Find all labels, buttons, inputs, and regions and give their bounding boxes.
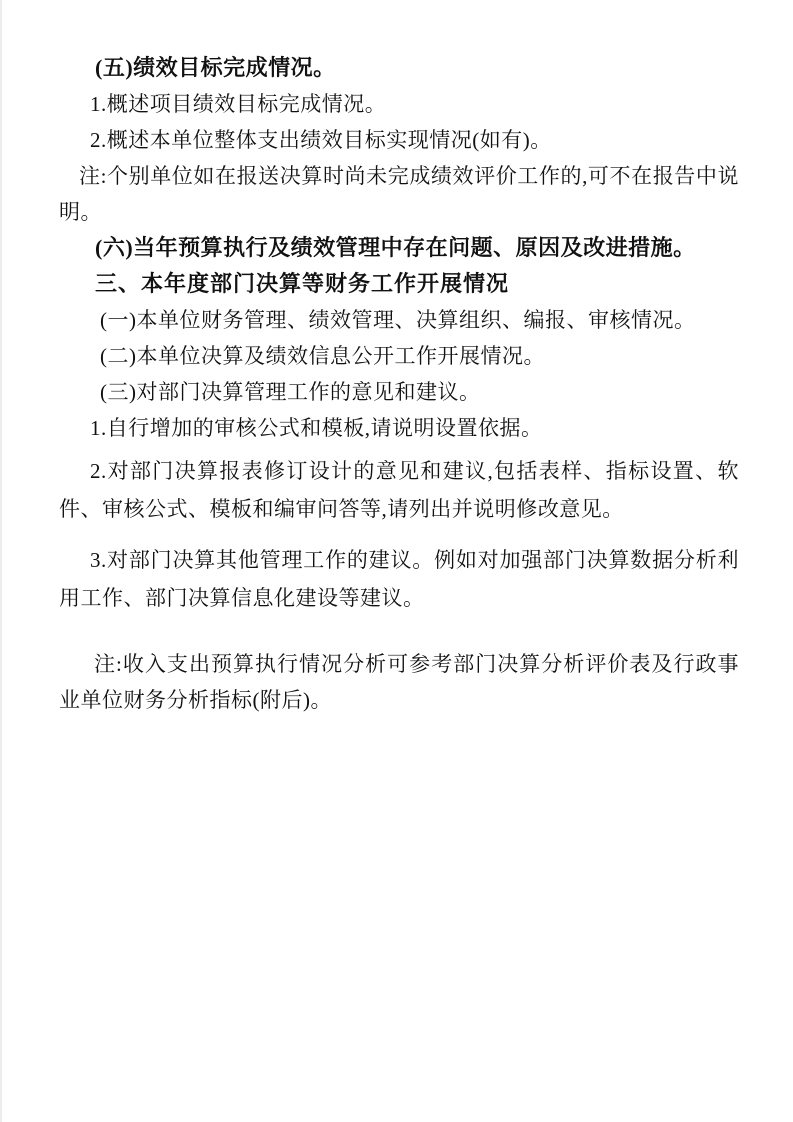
- sub-item-1: (一)本单位财务管理、绩效管理、决算组织、编报、审核情况。: [59, 302, 739, 338]
- document-content: (五)绩效目标完成情况。 1.概述项目绩效目标完成情况。 2.概述本单位整体支出…: [59, 50, 739, 718]
- numbered-item-audit-formula: 1.自行增加的审核公式和模板,请说明设置依据。: [59, 410, 739, 446]
- numbered-item-2: 2.概述本单位整体支出绩效目标实现情况(如有)。: [59, 122, 739, 158]
- sub-item-3: (三)对部门决算管理工作的意见和建议。: [59, 374, 739, 410]
- section-heading-5: (五)绩效目标完成情况。: [59, 50, 739, 86]
- document-page: (五)绩效目标完成情况。 1.概述项目绩效目标完成情况。 2.概述本单位整体支出…: [0, 0, 793, 1122]
- note-performance-evaluation: 注:个别单位如在报送决算时尚未完成绩效评价工作的,可不在报告中说明。: [59, 158, 739, 230]
- chapter-heading-3: 三、本年度部门决算等财务工作开展情况: [59, 266, 739, 302]
- sub-item-2: (二)本单位决算及绩效信息公开工作开展情况。: [59, 338, 739, 374]
- numbered-item-report-revision: 2.对部门决算报表修订设计的意见和建议,包括表样、指标设置、软件、审核公式、模板…: [59, 452, 739, 528]
- note-analysis-reference: 注:收入支出预算执行情况分析可参考部门决算分析评价表及行政事业单位财务分析指标(…: [59, 646, 739, 718]
- section-heading-6: (六)当年预算执行及绩效管理中存在问题、原因及改进措施。: [59, 230, 739, 266]
- numbered-item-other-suggestions: 3.对部门决算其他管理工作的建议。例如对加强部门决算数据分析利用工作、部门决算信…: [59, 541, 739, 617]
- numbered-item-1: 1.概述项目绩效目标完成情况。: [59, 86, 739, 122]
